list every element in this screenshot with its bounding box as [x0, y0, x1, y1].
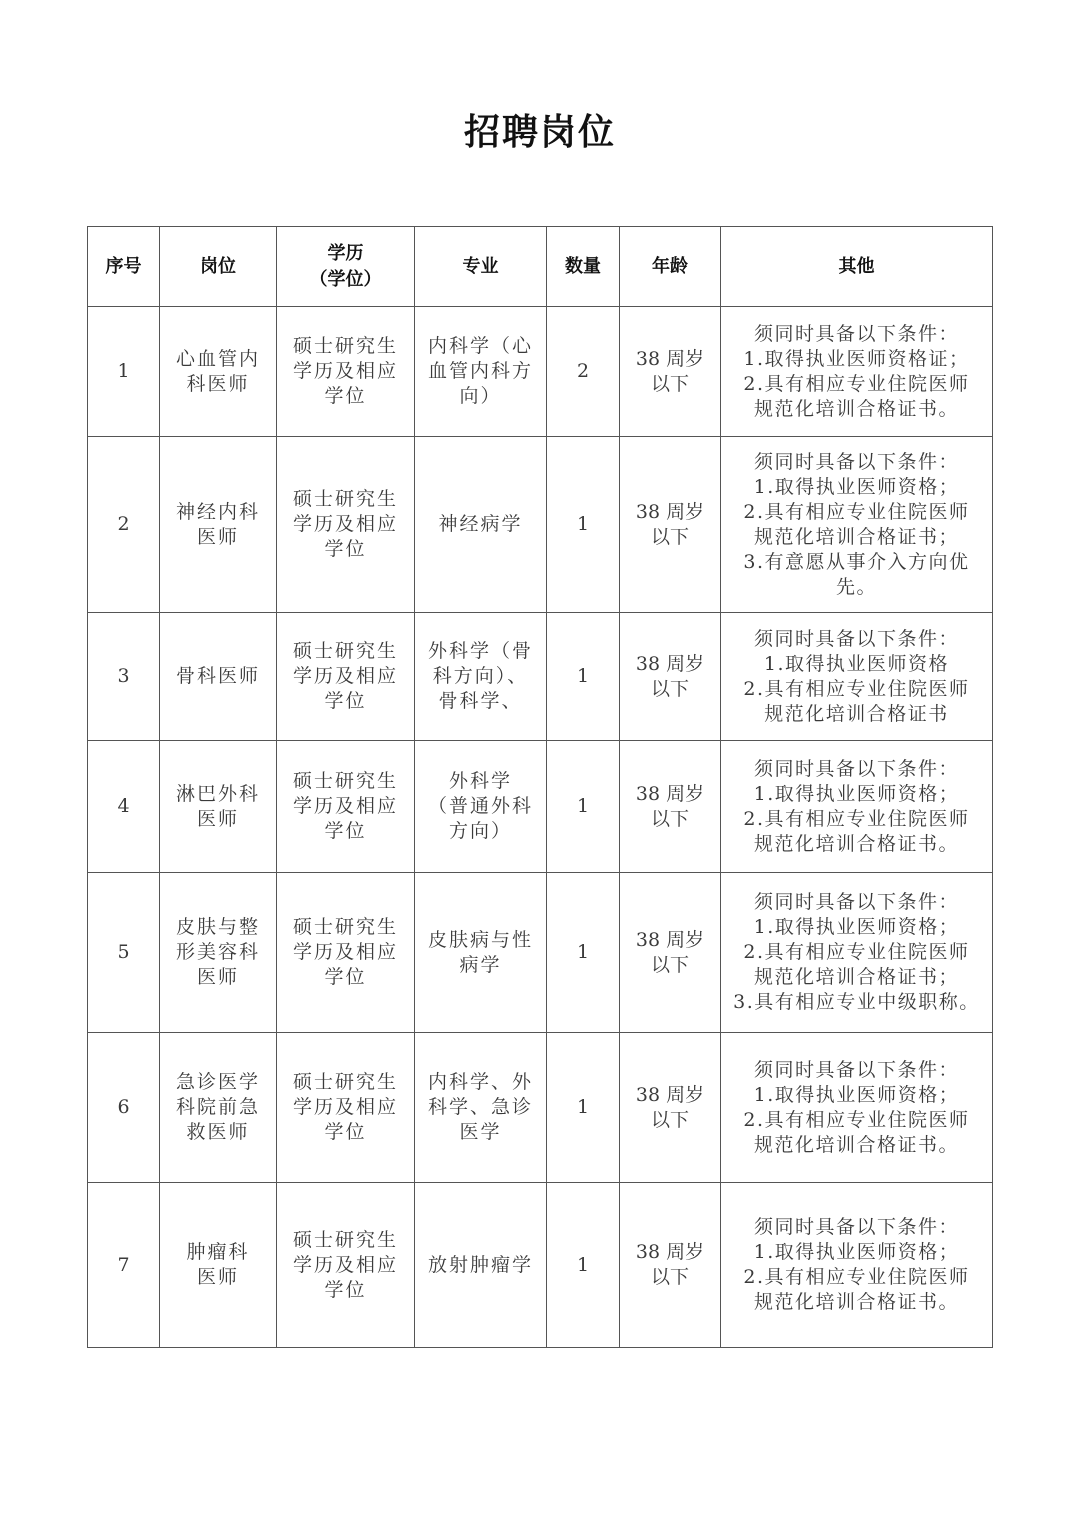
- table-row: 5皮肤与整形美容科医师硕士研究生学历及相应学位皮肤病与性病学138 周岁以下须同…: [88, 873, 993, 1033]
- position-cell-line: 急诊医学: [166, 1070, 270, 1095]
- major-cell-line: 医学: [421, 1120, 540, 1145]
- position-cell-line: 心血管内: [166, 347, 270, 372]
- other-requirements-cell: 须同时具备以下条件：1.取得执业医师资格；2.具有相应专业住院医师规范化培训合格…: [721, 741, 993, 873]
- header-education-line1: 学历: [283, 241, 408, 267]
- quantity-cell: 1: [547, 437, 620, 613]
- quantity-cell: 2: [547, 307, 620, 437]
- position-cell-line: 神经内科: [166, 500, 270, 525]
- education-cell-line: 学历及相应: [283, 359, 408, 384]
- other-requirements-cell-line: 2.具有相应专业住院医师: [727, 1265, 986, 1290]
- header-position: 岗位: [160, 227, 277, 307]
- other-requirements-cell-line: 规范化培训合格证书。: [727, 1133, 986, 1158]
- major-cell-line: 血管内科方: [421, 359, 540, 384]
- position-cell: 骨科医师: [160, 613, 277, 741]
- major-cell-line: 内科学（心: [421, 334, 540, 359]
- header-education-line2: （学位）: [283, 267, 408, 293]
- other-requirements-cell-line: 规范化培训合格证书。: [727, 397, 986, 422]
- age-cell-line: 38 周岁: [626, 928, 714, 953]
- other-requirements-cell-line: 规范化培训合格证书。: [727, 1290, 986, 1315]
- major-cell-line: 方向）: [421, 819, 540, 844]
- position-cell: 皮肤与整形美容科医师: [160, 873, 277, 1033]
- table-row: 6急诊医学科院前急救医师硕士研究生学历及相应学位内科学、外科学、急诊医学138 …: [88, 1033, 993, 1183]
- other-requirements-cell-line: 2.具有相应专业住院医师: [727, 1108, 986, 1133]
- other-requirements-cell-line: 2.具有相应专业住院医师: [727, 677, 986, 702]
- education-cell-line: 学位: [283, 1278, 408, 1303]
- age-cell-line: 38 周岁: [626, 1083, 714, 1108]
- education-cell: 硕士研究生学历及相应学位: [277, 1033, 415, 1183]
- education-cell-line: 学历及相应: [283, 664, 408, 689]
- other-requirements-cell-line: 须同时具备以下条件：: [727, 1058, 986, 1083]
- seq-cell: 3: [88, 613, 160, 741]
- position-cell: 神经内科医师: [160, 437, 277, 613]
- major-cell-line: 皮肤病与性: [421, 928, 540, 953]
- other-requirements-cell-line: 先。: [727, 575, 986, 600]
- other-requirements-cell-line: 1.取得执业医师资格: [727, 652, 986, 677]
- position-cell-line: 医师: [166, 525, 270, 550]
- education-cell-line: 硕士研究生: [283, 639, 408, 664]
- age-cell-line: 38 周岁: [626, 1240, 714, 1265]
- age-cell: 38 周岁以下: [620, 1183, 721, 1348]
- other-requirements-cell: 须同时具备以下条件：1.取得执业医师资格；2.具有相应专业住院医师规范化培训合格…: [721, 437, 993, 613]
- education-cell-line: 硕士研究生: [283, 915, 408, 940]
- other-requirements-cell-line: 1.取得执业医师资格；: [727, 1240, 986, 1265]
- other-requirements-cell-line: 规范化培训合格证书；: [727, 965, 986, 990]
- position-cell: 急诊医学科院前急救医师: [160, 1033, 277, 1183]
- quantity-cell: 1: [547, 613, 620, 741]
- education-cell: 硕士研究生学历及相应学位: [277, 307, 415, 437]
- major-cell: 神经病学: [415, 437, 547, 613]
- position-cell-line: 科院前急: [166, 1095, 270, 1120]
- seq-cell: 5: [88, 873, 160, 1033]
- other-requirements-cell-line: 规范化培训合格证书。: [727, 832, 986, 857]
- other-requirements-cell-line: 须同时具备以下条件：: [727, 627, 986, 652]
- position-cell-line: 医师: [166, 1265, 270, 1290]
- other-requirements-cell-line: 3.有意愿从事介入方向优: [727, 550, 986, 575]
- education-cell-line: 学历及相应: [283, 512, 408, 537]
- position-cell: 肿瘤科医师: [160, 1183, 277, 1348]
- major-cell-line: 科方向）、: [421, 664, 540, 689]
- major-cell: 外科学（普通外科方向）: [415, 741, 547, 873]
- major-cell-line: 科学、急诊: [421, 1095, 540, 1120]
- age-cell-line: 以下: [626, 807, 714, 832]
- major-cell-line: 内科学、外: [421, 1070, 540, 1095]
- education-cell: 硕士研究生学历及相应学位: [277, 613, 415, 741]
- education-cell-line: 学位: [283, 965, 408, 990]
- other-requirements-cell-line: 须同时具备以下条件：: [727, 890, 986, 915]
- other-requirements-cell-line: 须同时具备以下条件：: [727, 450, 986, 475]
- age-cell-line: 38 周岁: [626, 347, 714, 372]
- education-cell: 硕士研究生学历及相应学位: [277, 437, 415, 613]
- age-cell-line: 38 周岁: [626, 500, 714, 525]
- other-requirements-cell-line: 2.具有相应专业住院医师: [727, 807, 986, 832]
- other-requirements-cell-line: 1.取得执业医师资格；: [727, 915, 986, 940]
- major-cell-line: 外科学（骨: [421, 639, 540, 664]
- age-cell: 38 周岁以下: [620, 1033, 721, 1183]
- header-education: 学历 （学位）: [277, 227, 415, 307]
- header-other: 其他: [721, 227, 993, 307]
- education-cell-line: 硕士研究生: [283, 1070, 408, 1095]
- header-row: 序号 岗位 学历 （学位） 专业 数量 年龄 其他: [88, 227, 993, 307]
- seq-cell: 1: [88, 307, 160, 437]
- other-requirements-cell-line: 规范化培训合格证书；: [727, 525, 986, 550]
- header-quantity: 数量: [547, 227, 620, 307]
- table-row: 3骨科医师硕士研究生学历及相应学位外科学（骨科方向）、骨科学、138 周岁以下须…: [88, 613, 993, 741]
- position-cell-line: 医师: [166, 965, 270, 990]
- header-seq: 序号: [88, 227, 160, 307]
- quantity-cell: 1: [547, 873, 620, 1033]
- position-cell: 心血管内科医师: [160, 307, 277, 437]
- position-cell-line: 皮肤与整: [166, 915, 270, 940]
- other-requirements-cell: 须同时具备以下条件：1.取得执业医师资格2.具有相应专业住院医师规范化培训合格证…: [721, 613, 993, 741]
- age-cell: 38 周岁以下: [620, 741, 721, 873]
- major-cell-line: 外科学: [421, 769, 540, 794]
- other-requirements-cell: 须同时具备以下条件：1.取得执业医师资格证；2.具有相应专业住院医师规范化培训合…: [721, 307, 993, 437]
- other-requirements-cell-line: 1.取得执业医师资格证；: [727, 347, 986, 372]
- education-cell: 硕士研究生学历及相应学位: [277, 1183, 415, 1348]
- age-cell-line: 以下: [626, 677, 714, 702]
- seq-cell: 7: [88, 1183, 160, 1348]
- major-cell: 外科学（骨科方向）、骨科学、: [415, 613, 547, 741]
- recruitment-table: 序号 岗位 学历 （学位） 专业 数量 年龄 其他 1心血管内科医师硕士研究生学…: [87, 226, 993, 1348]
- major-cell: 内科学、外科学、急诊医学: [415, 1033, 547, 1183]
- other-requirements-cell: 须同时具备以下条件：1.取得执业医师资格；2.具有相应专业住院医师规范化培训合格…: [721, 1183, 993, 1348]
- education-cell-line: 硕士研究生: [283, 769, 408, 794]
- seq-cell: 6: [88, 1033, 160, 1183]
- other-requirements-cell-line: 须同时具备以下条件：: [727, 757, 986, 782]
- major-cell-line: 向）: [421, 384, 540, 409]
- quantity-cell: 1: [547, 1033, 620, 1183]
- other-requirements-cell-line: 2.具有相应专业住院医师: [727, 372, 986, 397]
- major-cell: 皮肤病与性病学: [415, 873, 547, 1033]
- position-cell-line: 医师: [166, 807, 270, 832]
- age-cell-line: 以下: [626, 1265, 714, 1290]
- education-cell: 硕士研究生学历及相应学位: [277, 873, 415, 1033]
- position-cell: 淋巴外科医师: [160, 741, 277, 873]
- education-cell-line: 学历及相应: [283, 1253, 408, 1278]
- education-cell: 硕士研究生学历及相应学位: [277, 741, 415, 873]
- age-cell-line: 38 周岁: [626, 652, 714, 677]
- major-cell-line: 神经病学: [421, 512, 540, 537]
- education-cell-line: 学位: [283, 819, 408, 844]
- education-cell-line: 学位: [283, 384, 408, 409]
- major-cell: 放射肿瘤学: [415, 1183, 547, 1348]
- page-title: 招聘岗位: [0, 104, 1080, 155]
- education-cell-line: 学历及相应: [283, 794, 408, 819]
- other-requirements-cell-line: 须同时具备以下条件：: [727, 322, 986, 347]
- table-row: 4淋巴外科医师硕士研究生学历及相应学位外科学（普通外科方向）138 周岁以下须同…: [88, 741, 993, 873]
- education-cell-line: 学位: [283, 689, 408, 714]
- education-cell-line: 学位: [283, 1120, 408, 1145]
- age-cell-line: 38 周岁: [626, 782, 714, 807]
- other-requirements-cell: 须同时具备以下条件：1.取得执业医师资格；2.具有相应专业住院医师规范化培训合格…: [721, 1033, 993, 1183]
- seq-cell: 4: [88, 741, 160, 873]
- major-cell-line: 放射肿瘤学: [421, 1253, 540, 1278]
- age-cell-line: 以下: [626, 953, 714, 978]
- quantity-cell: 1: [547, 1183, 620, 1348]
- major-cell: 内科学（心血管内科方向）: [415, 307, 547, 437]
- other-requirements-cell-line: 1.取得执业医师资格；: [727, 475, 986, 500]
- major-cell-line: 骨科学、: [421, 689, 540, 714]
- age-cell: 38 周岁以下: [620, 307, 721, 437]
- header-age: 年龄: [620, 227, 721, 307]
- quantity-cell: 1: [547, 741, 620, 873]
- education-cell-line: 硕士研究生: [283, 487, 408, 512]
- table-body: 1心血管内科医师硕士研究生学历及相应学位内科学（心血管内科方向）238 周岁以下…: [88, 307, 993, 1348]
- other-requirements-cell-line: 1.取得执业医师资格；: [727, 782, 986, 807]
- position-cell-line: 救医师: [166, 1120, 270, 1145]
- table-row: 7肿瘤科医师硕士研究生学历及相应学位放射肿瘤学138 周岁以下须同时具备以下条件…: [88, 1183, 993, 1348]
- seq-cell: 2: [88, 437, 160, 613]
- position-cell-line: 骨科医师: [166, 664, 270, 689]
- age-cell: 38 周岁以下: [620, 613, 721, 741]
- education-cell-line: 学位: [283, 537, 408, 562]
- other-requirements-cell: 须同时具备以下条件：1.取得执业医师资格；2.具有相应专业住院医师规范化培训合格…: [721, 873, 993, 1033]
- education-cell-line: 硕士研究生: [283, 334, 408, 359]
- other-requirements-cell-line: 3.具有相应专业中级职称。: [727, 990, 986, 1015]
- major-cell-line: （普通外科: [421, 794, 540, 819]
- position-cell-line: 科医师: [166, 372, 270, 397]
- position-cell-line: 淋巴外科: [166, 782, 270, 807]
- education-cell-line: 学历及相应: [283, 1095, 408, 1120]
- education-cell-line: 硕士研究生: [283, 1228, 408, 1253]
- other-requirements-cell-line: 须同时具备以下条件：: [727, 1215, 986, 1240]
- age-cell-line: 以下: [626, 372, 714, 397]
- position-cell-line: 形美容科: [166, 940, 270, 965]
- age-cell-line: 以下: [626, 1108, 714, 1133]
- major-cell-line: 病学: [421, 953, 540, 978]
- other-requirements-cell-line: 2.具有相应专业住院医师: [727, 500, 986, 525]
- other-requirements-cell-line: 2.具有相应专业住院医师: [727, 940, 986, 965]
- header-major: 专业: [415, 227, 547, 307]
- education-cell-line: 学历及相应: [283, 940, 408, 965]
- age-cell: 38 周岁以下: [620, 873, 721, 1033]
- table-row: 2神经内科医师硕士研究生学历及相应学位神经病学138 周岁以下须同时具备以下条件…: [88, 437, 993, 613]
- age-cell-line: 以下: [626, 525, 714, 550]
- position-cell-line: 肿瘤科: [166, 1240, 270, 1265]
- other-requirements-cell-line: 规范化培训合格证书: [727, 702, 986, 727]
- age-cell: 38 周岁以下: [620, 437, 721, 613]
- table-row: 1心血管内科医师硕士研究生学历及相应学位内科学（心血管内科方向）238 周岁以下…: [88, 307, 993, 437]
- other-requirements-cell-line: 1.取得执业医师资格；: [727, 1083, 986, 1108]
